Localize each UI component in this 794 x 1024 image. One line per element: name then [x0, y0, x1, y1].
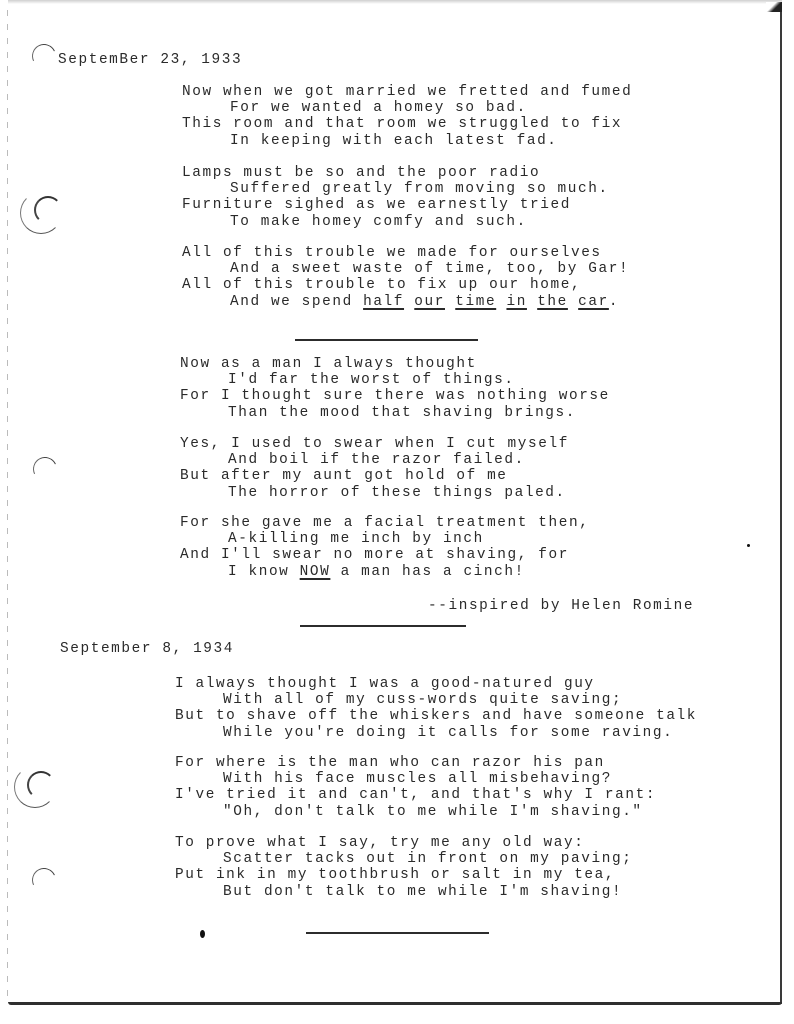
poem-line: While you're doing it calls for some rav…	[223, 725, 673, 741]
ink-speck	[200, 930, 205, 938]
poem-line: And I'll swear no more at shaving, for	[180, 547, 569, 563]
section-date: September 8, 1934	[60, 641, 234, 657]
poem-line: The horror of these things paled.	[228, 485, 566, 501]
poem-line: But don't talk to me while I'm shaving!	[223, 884, 622, 900]
poem-line: In keeping with each latest fad.	[230, 133, 558, 149]
poem-line: To prove what I say, try me any old way:	[175, 835, 584, 851]
poem-line: All of this trouble we made for ourselve…	[182, 245, 602, 261]
poem-line: Now as a man I always thought	[180, 356, 477, 372]
poem-line: A-killing me inch by inch	[228, 531, 484, 547]
page-edge-right	[780, 2, 782, 1004]
poem-line: But to shave off the whiskers and have s…	[175, 708, 697, 724]
poem-line: I know NOW a man has a cinch!	[228, 564, 525, 580]
hole-punch-upper-inner	[34, 196, 62, 224]
section-divider	[295, 339, 478, 341]
poem-line: And boil if the razor failed.	[228, 452, 525, 468]
poem-line: All of this trouble to fix up our home,	[182, 277, 581, 293]
poem-line: But after my aunt got hold of me	[180, 468, 508, 484]
poem-line: To make homey comfy and such.	[230, 214, 527, 230]
page-edge-left	[7, 10, 8, 1000]
poem-line: I've tried it and can't, and that's why …	[175, 787, 656, 803]
binder-mark-bottom	[29, 865, 60, 896]
poem-line: For I thought sure there was nothing wor…	[180, 388, 610, 404]
page-edge-bottom	[8, 1002, 782, 1005]
poem-line: Yes, I used to swear when I cut myself	[180, 436, 569, 452]
binder-mark-top	[29, 41, 60, 72]
poem-line: Than the mood that shaving brings.	[228, 405, 576, 421]
poem-line: "Oh, don't talk to me while I'm shaving.…	[223, 804, 643, 820]
section-date: SeptemBer 23, 1933	[58, 52, 242, 68]
page-edge-top	[8, 0, 782, 4]
poem-line: Now when we got married we fretted and f…	[182, 84, 632, 100]
poem-line: I always thought I was a good-natured gu…	[175, 676, 595, 692]
poem-line: With his face muscles all misbehaving?	[223, 771, 612, 787]
poem-line: Suffered greatly from moving so much.	[230, 181, 609, 197]
poem-attribution: --inspired by Helen Romine	[428, 598, 694, 614]
ink-speck	[747, 544, 750, 547]
hole-punch-lower-inner	[27, 771, 55, 799]
poem-line: This room and that room we struggled to …	[182, 116, 622, 132]
poem-line: With all of my cuss-words quite saving;	[223, 692, 622, 708]
poem-line: For where is the man who can razor his p…	[175, 755, 605, 771]
poem-line: Put ink in my toothbrush or salt in my t…	[175, 867, 615, 883]
section-divider	[300, 625, 466, 627]
poem-line: I'd far the worst of things.	[228, 372, 515, 388]
poem-line: For we wanted a homey so bad.	[230, 100, 527, 116]
poem-line: Lamps must be so and the poor radio	[182, 165, 540, 181]
binder-mark-middle	[30, 454, 61, 485]
section-divider	[306, 932, 489, 934]
poem-line: Scatter tacks out in front on my paving;	[223, 851, 632, 867]
poem-line: And a sweet waste of time, too, by Gar!	[230, 261, 629, 277]
poem-line: And we spend half our time in the car.	[230, 294, 619, 310]
poem-line: For she gave me a facial treatment then,	[180, 515, 589, 531]
poem-line: Furniture sighed as we earnestly tried	[182, 197, 571, 213]
